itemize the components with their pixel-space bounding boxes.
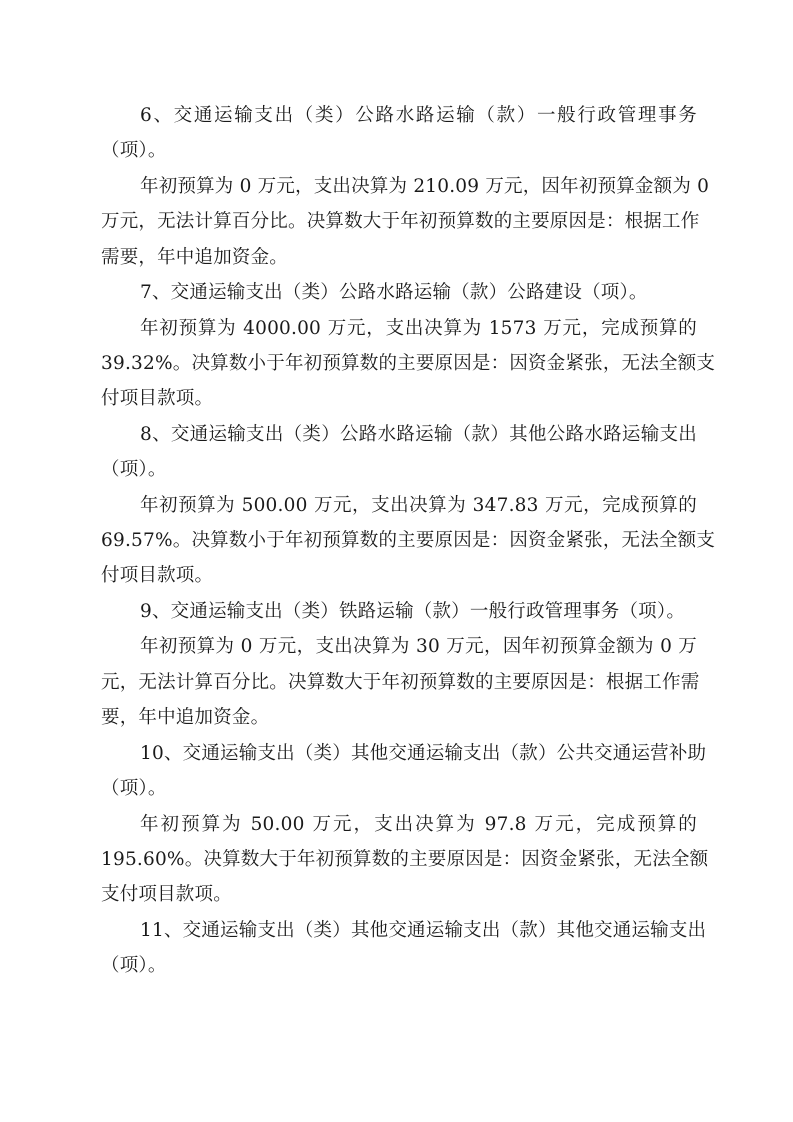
item-8-title: 8、交通运输支出（类）公路水路运输（款）其他公路水路运输支出 [140,423,697,447]
item-9-title: 9、交通运输支出（类）铁路运输（款）一般行政管理事务（项）。 [140,600,697,624]
item-10-body-line-1: 年初预算为 50.00 万元，支出决算为 97.8 万元，完成预算的 [140,813,697,837]
item-8-title-cont: （项）。 [101,458,697,482]
item-9-body-line-1: 年初预算为 0 万元，支出决算为 30 万元，因年初预算金额为 0 万 [140,635,697,659]
item-11-title: 11、交通运输支出（类）其他交通运输支出（款）其他交通运输支出 [140,919,697,943]
item-10-body-line-3: 支付项目款项。 [101,883,697,907]
item-8-body-line-2: 69.57%。决算数小于年初预算数的主要原因是：因资金紧张，无法全额支 [101,529,697,553]
item-7-body-line-3: 付项目款项。 [101,387,697,411]
item-6-body-line-3: 需要，年中追加资金。 [101,246,697,270]
item-7-title: 7、交通运输支出（类）公路水路运输（款）公路建设（项）。 [140,281,697,305]
item-10-title: 10、交通运输支出（类）其他交通运输支出（款）公共交通运营补助 [140,742,697,766]
item-9-body-line-3: 要，年中追加资金。 [101,706,697,730]
item-11-title-cont: （项）。 [101,954,697,978]
item-9-body-line-2: 元，无法计算百分比。决算数大于年初预算数的主要原因是：根据工作需 [101,671,697,695]
document-page: 6、交通运输支出（类）公路水路运输（款）一般行政管理事务 （项）。 年初预算为 … [0,0,793,1122]
item-10-body-line-2: 195.60%。决算数大于年初预算数的主要原因是：因资金紧张，无法全额 [101,848,697,872]
item-7-body-line-1: 年初预算为 4000.00 万元，支出决算为 1573 万元，完成预算的 [140,317,697,341]
item-6-title-cont: （项）。 [101,139,697,163]
item-6-body-line-1: 年初预算为 0 万元，支出决算为 210.09 万元，因年初预算金额为 0 [140,175,697,199]
item-6-title: 6、交通运输支出（类）公路水路运输（款）一般行政管理事务 [140,104,697,128]
item-6-body-line-2: 万元，无法计算百分比。决算数大于年初预算数的主要原因是：根据工作 [101,210,697,234]
item-8-body-line-3: 付项目款项。 [101,564,697,588]
item-10-title-cont: （项）。 [101,777,697,801]
item-7-body-line-2: 39.32%。决算数小于年初预算数的主要原因是：因资金紧张，无法全额支 [101,352,697,376]
item-8-body-line-1: 年初预算为 500.00 万元，支出决算为 347.83 万元，完成预算的 [140,494,697,518]
